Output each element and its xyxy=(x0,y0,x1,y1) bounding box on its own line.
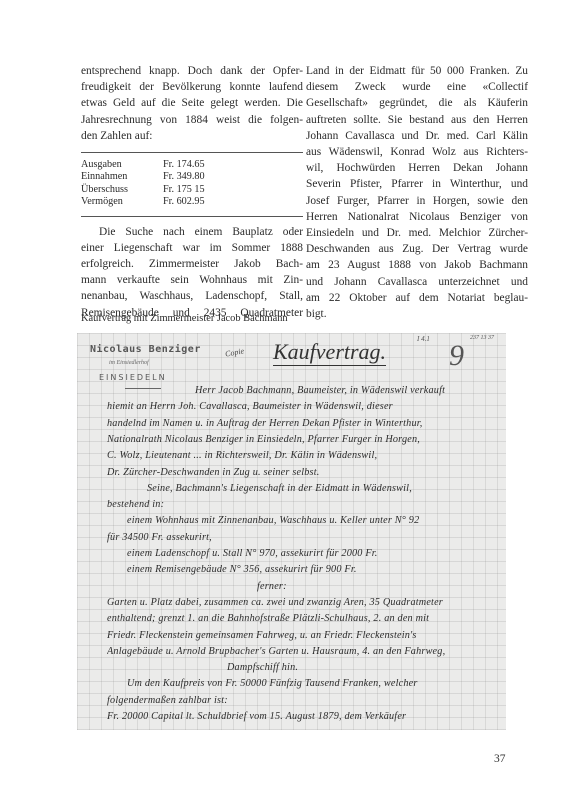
table-row: Vermögen Fr. 602.95 xyxy=(81,196,303,208)
row-label: Überschuss xyxy=(81,184,163,196)
text-line: den Zahlen auf: xyxy=(81,128,303,144)
text-line: Herren Nationalrat Nicolaus Benziger von xyxy=(306,209,528,225)
text-line: am 23 August 1888 von Jakob Bachmann xyxy=(306,257,528,273)
paragraph-intro: entsprechend knapp. Doch dank der Opfer-… xyxy=(81,63,303,144)
page-number: 37 xyxy=(494,753,506,765)
handwritten-line: bestehend in: xyxy=(107,499,164,510)
document-number: 9 xyxy=(449,339,464,373)
text-line: Jahresrechnung von 1884 weist die folgen… xyxy=(81,112,303,128)
text-line: Deschwanden aus Zug. Der Vertrag wurde xyxy=(306,241,528,257)
document-title: Kaufvertrag. xyxy=(273,339,386,366)
left-column: entsprechend knapp. Doch dank der Opfer-… xyxy=(81,63,303,321)
text-line: Einsiedeln und Dr. med. Melchior Zürcher… xyxy=(306,225,528,241)
margin-mark: I 4.1 xyxy=(417,335,430,343)
row-value: Fr. 175 15 xyxy=(163,184,205,196)
row-label: Ausgaben xyxy=(81,159,163,171)
handwritten-line: Nationalrath Nicolaus Benziger in Einsie… xyxy=(107,434,420,445)
letterhead-rule xyxy=(125,388,161,389)
text-line: Land in der Eidmatt für 50 000 Franken. … xyxy=(306,63,528,79)
handwritten-line: einem Remisengebäude N° 356, assekurirt … xyxy=(127,564,357,575)
letterhead-subtitle: im Einsiedlerhof xyxy=(109,360,149,366)
handwritten-line: ferner: xyxy=(257,581,287,592)
text-line: entsprechend knapp. Doch dank der Opfer- xyxy=(81,63,303,79)
row-label: Vermögen xyxy=(81,196,163,208)
text-line: freudigkeit der Bevölkerung konnte laufe… xyxy=(81,79,303,95)
handwritten-line: Anlagebäude u. Arnold Brupbacher's Garte… xyxy=(107,646,445,657)
handwritten-line: Um den Kaufpreis von Fr. 50000 Fünfzig T… xyxy=(127,678,418,689)
handwritten-line: Dr. Zürcher-Deschwanden in Zug u. seiner… xyxy=(107,467,319,478)
handwritten-line: enthaltend; grenzt 1. an die Bahnhofstra… xyxy=(107,613,429,624)
figure-caption: Kaufvertrag mit Zimmermeister Jacob Bach… xyxy=(81,313,288,324)
handwritten-line: folgendermaßen zahlbar ist: xyxy=(107,695,228,706)
text-line: und Johann Cavallasca unterzeichnet und xyxy=(306,274,528,290)
handwritten-line: Seine, Bachmann's Liegenschaft in der Ei… xyxy=(147,483,412,494)
row-value: Fr. 174.65 xyxy=(163,159,205,171)
table-row: Einnahmen Fr. 349.80 xyxy=(81,171,303,183)
handwritten-line: Garten u. Platz dabei, zusammen ca. zwei… xyxy=(107,597,443,608)
text-line: am 22 Oktober auf dem Notariat beglau- xyxy=(306,290,528,306)
text-line: aus Wädenswil, Konrad Wolz aus Richters- xyxy=(306,144,528,160)
text-line: Johann Cavallasca und Dr. med. Carl Käli… xyxy=(306,128,528,144)
handwritten-line: hiemit an Herrn Joh. Cavallasca, Baumeis… xyxy=(107,401,393,412)
handwritten-line: Herr Jacob Bachmann, Baumeister, in Wäde… xyxy=(195,385,445,396)
table-row: Ausgaben Fr. 174.65 xyxy=(81,159,303,171)
row-value: Fr. 602.95 xyxy=(163,196,205,208)
right-column: Land in der Eidmatt für 50 000 Franken. … xyxy=(306,63,528,322)
table-row: Überschuss Fr. 175 15 xyxy=(81,184,303,196)
handwritten-line: handelnd im Namen u. in Auftrag der Herr… xyxy=(107,418,423,429)
paragraph-contract: Land in der Eidmatt für 50 000 Franken. … xyxy=(306,63,528,322)
row-label: Einnahmen xyxy=(81,171,163,183)
contract-scan-image: Nicolaus Benziger im Einsiedlerhof EINSI… xyxy=(77,333,506,730)
handwritten-line: einem Ladenschopf u. Stall N° 970, assek… xyxy=(127,548,378,559)
handwritten-line: Dampfschiff hin. xyxy=(227,662,298,673)
margin-mark: 237 13 37 xyxy=(470,335,494,341)
annotation-copie: Copie xyxy=(224,346,244,358)
text-line: Gesellschaft» gegründet, die als Käuferi… xyxy=(306,95,528,111)
handwritten-line: einem Wohnhaus mit Zinnenanbau, Waschhau… xyxy=(127,515,419,526)
text-line: diesem Zweck wurde eine «Collectif xyxy=(306,79,528,95)
text-line: einer Liegenschaft war im Sommer 1888 xyxy=(81,240,303,256)
text-line: etwas Geld auf die Seite gelegt werden. … xyxy=(81,95,303,111)
letterhead-place: EINSIEDELN xyxy=(99,373,167,382)
letterhead-firm: Nicolaus Benziger xyxy=(90,344,201,355)
text-line: erfolgreich. Zimmermeister Jakob Bach- xyxy=(81,256,303,272)
text-line: wil, Hochwürden Herren Dekan Johann xyxy=(306,160,528,176)
text-line: mann verkaufte sein Wohnhaus mit Zin- xyxy=(81,272,303,288)
handwritten-line: Friedr. Fleckenstein gemeinsamen Fahrweg… xyxy=(107,630,417,641)
text-line: auftreten sollte. Sie bestand aus den He… xyxy=(306,112,528,128)
text-line: Die Suche nach einem Bauplatz oder xyxy=(81,224,303,240)
text-line: nenanbau, Waschhaus, Ladenschopf, Stall, xyxy=(81,288,303,304)
handwritten-line: C. Wolz, Lieutenant ... in Richtersweil,… xyxy=(107,450,377,461)
paragraph-search: Die Suche nach einem Bauplatz oder einer… xyxy=(81,224,303,321)
text-line: Severin Pfister, Pfarrer in Winterthur, … xyxy=(306,176,528,192)
text-line: bigt. xyxy=(306,306,528,322)
handwritten-line: Fr. 20000 Capital lt. Schuldbrief vom 15… xyxy=(107,711,406,722)
row-value: Fr. 349.80 xyxy=(163,171,205,183)
text-line: Josef Furger, Pfarrer in Horgen, sowie d… xyxy=(306,193,528,209)
handwritten-line: für 34500 Fr. assekurirt, xyxy=(107,532,212,543)
finance-table: Ausgaben Fr. 174.65 Einnahmen Fr. 349.80… xyxy=(81,152,303,217)
